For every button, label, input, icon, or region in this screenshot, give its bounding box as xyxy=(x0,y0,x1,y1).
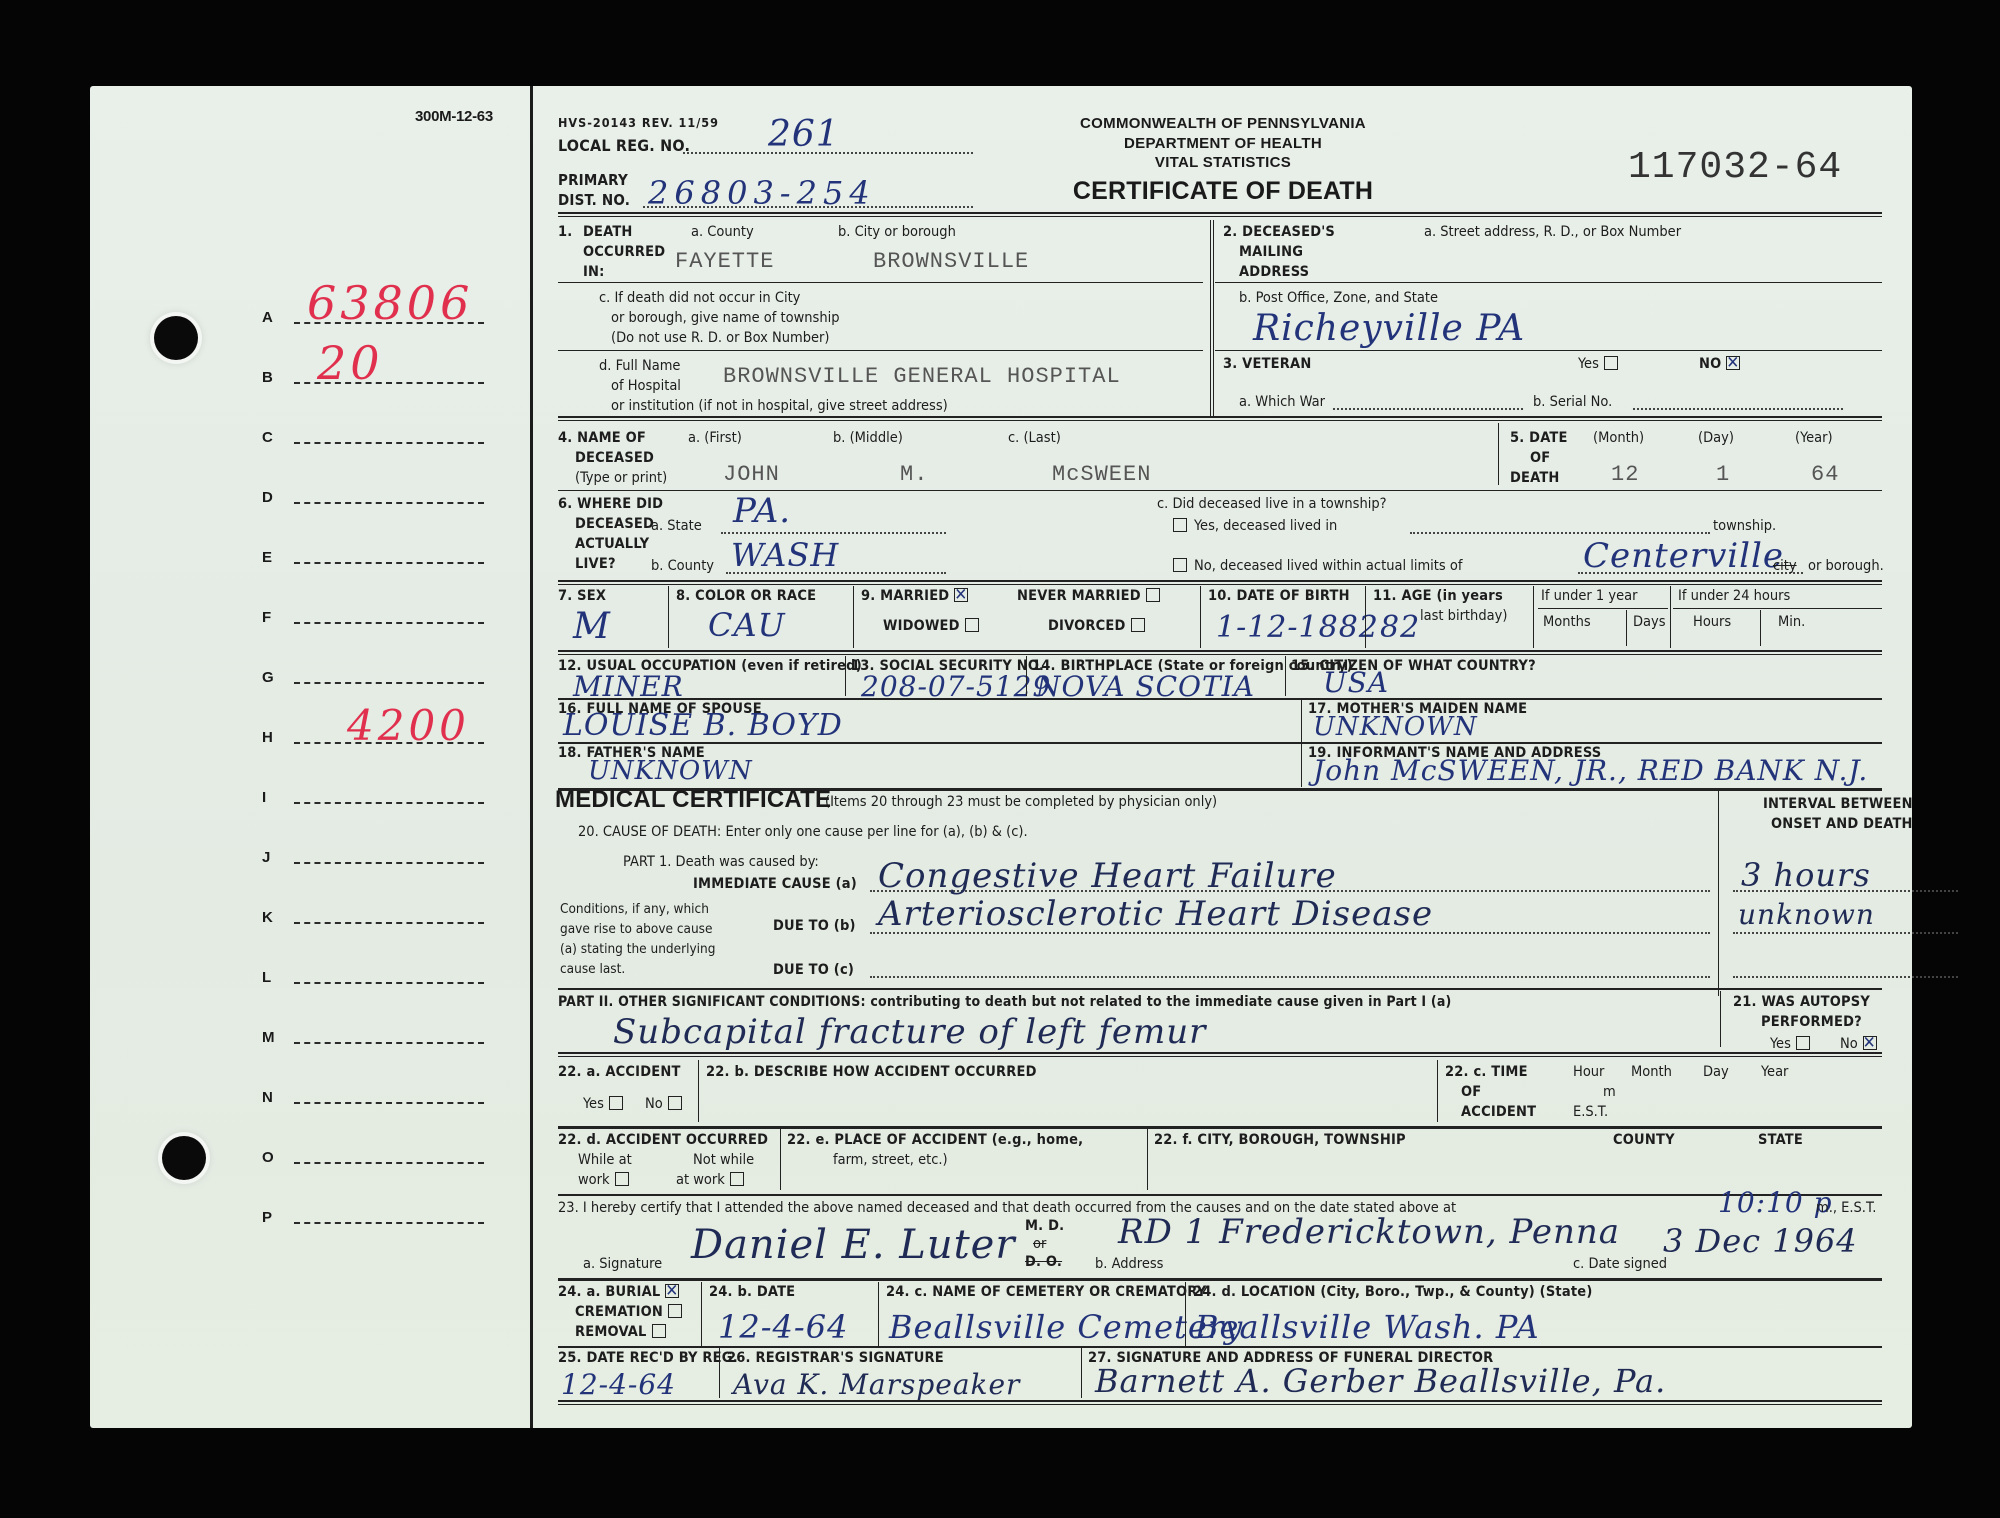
widowed-checkbox[interactable] xyxy=(965,618,979,632)
stub-letter: H xyxy=(262,729,273,746)
city-struck: city xyxy=(1773,556,1797,577)
death-year-value: 64 xyxy=(1811,462,1839,487)
divider xyxy=(1673,608,1882,609)
certificate-body: HVS-20143 REV. 11/59 LOCAL REG. NO. 261 … xyxy=(533,86,1912,1428)
divider xyxy=(558,650,1882,655)
autopsy-yes-label: Yes xyxy=(1770,1036,1791,1052)
mother-maiden-value: UNKNOWN xyxy=(1313,712,1478,742)
date-of-death-label: OF xyxy=(1530,448,1550,469)
stub-letter: N xyxy=(262,1089,273,1106)
form-number: HVS-20143 REV. 11/59 xyxy=(558,114,719,132)
residence-state-label: a. State xyxy=(651,516,702,537)
residence-label: DECEASED xyxy=(575,514,654,535)
divorced-label: DIVORCED xyxy=(1048,618,1126,634)
date-signed-label: c. Date signed xyxy=(1573,1254,1667,1275)
due-to-c-interval-line xyxy=(1733,976,1958,978)
stub-letter: B xyxy=(262,369,273,386)
death-day-value: 1 xyxy=(1716,462,1730,487)
death-certificate: 300M-12-63 A63806 B20 C D E F G H4200 I … xyxy=(90,86,1912,1428)
veteran-no-label: NO xyxy=(1699,356,1721,372)
conditions-label: Conditions, if any, which xyxy=(560,900,709,919)
date-of-death-label: 5. DATE xyxy=(1510,428,1568,449)
never-married-option[interactable]: NEVER MARRIED xyxy=(1017,586,1160,607)
stub-dotted-line xyxy=(294,1162,484,1164)
divider xyxy=(558,1194,1882,1196)
divider xyxy=(1437,1060,1438,1122)
coding-stub: 300M-12-63 A63806 B20 C D E F G H4200 I … xyxy=(90,86,533,1428)
physician-signature: Daniel E. Luter xyxy=(691,1222,1015,1268)
stub-row-g: G xyxy=(262,656,532,686)
stub-letter: E xyxy=(262,549,272,566)
veteran-yes-checkbox[interactable] xyxy=(1604,356,1618,370)
accident-time-label: 22. c. TIME xyxy=(1445,1062,1528,1083)
stub-letter: D xyxy=(262,489,273,506)
divider xyxy=(1718,791,1719,996)
township-no-checkbox[interactable] xyxy=(1173,558,1187,572)
stub-dotted-line xyxy=(294,1042,484,1044)
autopsy-no-label: No xyxy=(1840,1036,1858,1052)
death-day-label: (Day) xyxy=(1698,428,1734,449)
divider xyxy=(780,1128,781,1190)
divider xyxy=(558,988,1882,990)
hours-label: Hours xyxy=(1693,612,1731,633)
stub-row-l: L xyxy=(262,956,532,986)
hospital-label: or institution (if not in hospital, give… xyxy=(611,396,948,417)
veteran-yes[interactable]: Yes xyxy=(1578,354,1618,375)
divider xyxy=(1498,423,1499,485)
never-married-checkbox[interactable] xyxy=(1146,588,1160,602)
accident-month-label: Month xyxy=(1631,1062,1672,1083)
stub-letter: C xyxy=(262,429,273,446)
residence-county-label: b. County xyxy=(651,556,714,577)
stub-code-value: 20 xyxy=(317,336,384,390)
interval-label: ONSET AND DEATH xyxy=(1771,814,1913,835)
last-name-label: c. (Last) xyxy=(1008,428,1061,449)
divider xyxy=(719,1348,720,1398)
divider xyxy=(845,656,846,696)
date-of-death-label: DEATH xyxy=(1510,468,1560,489)
informant-value: John McSWEEN, JR., RED BANK N.J. xyxy=(1313,754,1868,787)
divider xyxy=(558,580,1882,585)
under-day-label: If under 24 hours xyxy=(1678,586,1790,607)
township-label: c. If death did not occur in City xyxy=(599,288,800,309)
city-label: b. City or borough xyxy=(838,222,956,243)
dist-no-value: 26803-254 xyxy=(648,174,876,212)
divider xyxy=(1215,282,1882,283)
divider xyxy=(1200,586,1201,648)
stub-dotted-line xyxy=(294,862,484,864)
divider xyxy=(1533,586,1534,648)
punch-hole-icon xyxy=(162,1136,206,1180)
accident-year-label: Year xyxy=(1761,1062,1788,1083)
township-line xyxy=(1410,532,1710,534)
widowed-label: WIDOWED xyxy=(883,618,960,634)
divider xyxy=(1215,350,1882,351)
stub-dotted-line xyxy=(294,922,484,924)
part1-label: PART 1. Death was caused by: xyxy=(623,852,819,873)
middle-name-label: b. (Middle) xyxy=(833,428,903,449)
stub-letter: G xyxy=(262,669,274,686)
veteran-label: 3. VETERAN xyxy=(1223,354,1311,375)
accident-label: 22. a. ACCIDENT xyxy=(558,1062,681,1083)
cemetery-value: Beallsville Cemetery xyxy=(889,1308,1243,1346)
stub-row-b: B20 xyxy=(262,356,532,386)
autopsy-label: PERFORMED? xyxy=(1761,1012,1862,1033)
spouse-value: LOUISE B. BOYD xyxy=(563,708,843,743)
accident-occurred-label: 22. d. ACCIDENT OCCURRED xyxy=(558,1130,768,1151)
stub-letter: L xyxy=(262,969,271,986)
birth-date-label: 10. DATE OF BIRTH xyxy=(1208,586,1350,607)
department-heading: DEPARTMENT OF HEALTH xyxy=(1013,134,1433,154)
due-to-c-label: DUE TO (c) xyxy=(773,960,854,981)
township-yes-text: Yes, deceased lived in xyxy=(1194,518,1337,534)
location-label: 24. d. LOCATION (City, Boro., Twp., & Co… xyxy=(1193,1282,1593,1303)
accident-time-label: OF xyxy=(1461,1082,1481,1103)
race-label: 8. COLOR OR RACE xyxy=(676,586,816,607)
accident-est-label: E.S.T. xyxy=(1573,1102,1608,1123)
stub-code-value: 4200 xyxy=(347,701,470,750)
age-sublabel: last birthday) xyxy=(1420,606,1507,627)
widowed-option[interactable]: WIDOWED xyxy=(883,616,979,637)
due-to-b-interval-line xyxy=(1733,932,1958,934)
serial-no-line xyxy=(1633,408,1843,410)
divider xyxy=(1210,220,1214,416)
burial-date-label: 24. b. DATE xyxy=(709,1282,795,1303)
last-name-value: McSWEEN xyxy=(1052,462,1151,487)
local-reg-value: 261 xyxy=(768,114,840,155)
race-value: CAU xyxy=(708,606,786,644)
stub-dotted-line xyxy=(294,982,484,984)
cremation-label: CREMATION xyxy=(575,1304,663,1320)
divider xyxy=(1285,656,1286,696)
stub-letter: O xyxy=(262,1149,274,1166)
immediate-interval-value: 3 hours xyxy=(1741,856,1871,894)
divider xyxy=(1147,1128,1148,1190)
due-to-b-label: DUE TO (b) xyxy=(773,916,856,937)
while-at-work-checkbox[interactable] xyxy=(615,1172,629,1186)
stub-row-a: A63806 xyxy=(262,296,532,326)
township-yes-checkbox[interactable] xyxy=(1173,518,1187,532)
stub-letter: F xyxy=(262,609,271,626)
punch-hole-icon xyxy=(154,316,198,360)
city-limits-value: Centerville xyxy=(1583,536,1784,576)
stub-row-e: E xyxy=(262,536,532,566)
certificate-title: CERTIFICATE OF DEATH xyxy=(1013,177,1433,206)
borough-suffix: or borough. xyxy=(1808,556,1884,577)
accident-yes-option[interactable]: Yes xyxy=(583,1094,623,1115)
deceased-name-label: (Type or print) xyxy=(575,468,667,489)
stub-dotted-line xyxy=(294,802,484,804)
death-city-value: BROWNSVILLE xyxy=(873,249,1029,274)
stub-row-m: M xyxy=(262,1016,532,1046)
while-at-work-label: While at xyxy=(578,1150,632,1171)
accident-county-label: COUNTY xyxy=(1613,1130,1675,1151)
divider xyxy=(558,1052,1882,1057)
death-year-label: (Year) xyxy=(1795,428,1833,449)
place-of-accident-label: 22. e. PLACE OF ACCIDENT (e.g., home, xyxy=(787,1130,1083,1151)
accident-city-label: 22. f. CITY, BOROUGH, TOWNSHIP xyxy=(1154,1130,1406,1151)
residence-label: 6. WHERE DID xyxy=(558,494,663,515)
registrar-signature: Ava K. Marspeaker xyxy=(733,1368,1020,1401)
never-married-label: NEVER MARRIED xyxy=(1017,588,1141,604)
immediate-cause-value: Congestive Heart Failure xyxy=(878,856,1337,896)
mailing-address-label: ADDRESS xyxy=(1239,262,1309,283)
conditions-label: gave rise to above cause xyxy=(560,920,712,940)
stub-letter: K xyxy=(262,909,273,926)
citizenship-value: USA xyxy=(1323,666,1389,699)
item1-label: OCCURRED xyxy=(583,242,665,263)
divider xyxy=(558,1278,1882,1281)
accident-state-label: STATE xyxy=(1758,1130,1803,1151)
burial-option[interactable]: 24. a. BURIAL xyxy=(558,1282,679,1303)
accident-no-option[interactable]: No xyxy=(645,1094,682,1115)
item1-number: 1. xyxy=(558,222,572,243)
cemetery-label: 24. c. NAME OF CEMETERY OR CREMATORY xyxy=(886,1282,1206,1303)
conditions-label: cause last. xyxy=(560,960,625,980)
stub-row-j: J xyxy=(262,836,532,866)
mailing-address-label: MAILING xyxy=(1239,242,1303,263)
hospital-label: of Hospital xyxy=(611,376,681,397)
stub-dotted-line xyxy=(294,502,484,504)
residence-label: ACTUALLY xyxy=(575,534,649,555)
stub-code-value: 63806 xyxy=(307,276,473,330)
stub-row-h: H4200 xyxy=(262,716,532,746)
county-label: a. County xyxy=(691,222,754,243)
hospital-label: d. Full Name xyxy=(599,356,680,377)
age-label: 11. AGE (in years xyxy=(1373,586,1503,607)
header-divider xyxy=(558,212,1882,217)
stub-row-k: K xyxy=(262,896,532,926)
sex-label: 7. SEX xyxy=(558,586,606,607)
married-label: 9. MARRIED xyxy=(861,588,949,604)
township-label: (Do not use R. D. or Box Number) xyxy=(611,328,829,349)
stub-row-c: C xyxy=(262,416,532,446)
local-reg-label: LOCAL REG. NO. xyxy=(558,134,690,157)
divider xyxy=(558,350,1203,351)
divider xyxy=(878,1282,879,1346)
time-of-death-suffix: m., E.S.T. xyxy=(1816,1198,1876,1219)
sex-value: M xyxy=(573,606,611,647)
divider xyxy=(558,282,1203,283)
which-war-label: a. Which War xyxy=(1239,392,1325,413)
divider xyxy=(853,586,854,648)
age-value: 82 xyxy=(1380,610,1420,645)
accident-time-label: ACCIDENT xyxy=(1461,1102,1536,1123)
place-of-accident-label: farm, street, etc.) xyxy=(833,1150,948,1171)
stub-row-n: N xyxy=(262,1076,532,1106)
date-received-label: 25. DATE REC'D BY REG. xyxy=(558,1348,738,1369)
stub-row-o: O xyxy=(262,1136,532,1166)
under-year-label: If under 1 year xyxy=(1541,586,1637,607)
stub-dotted-line xyxy=(294,682,484,684)
stub-row-p: P xyxy=(262,1196,532,1226)
residence-county-value: WASH xyxy=(731,536,839,574)
days-label: Days xyxy=(1633,612,1666,633)
vital-statistics-heading: VITAL STATISTICS xyxy=(1013,153,1433,173)
stub-dotted-line xyxy=(294,442,484,444)
divider xyxy=(1365,586,1366,648)
footer-divider xyxy=(558,1400,1882,1405)
divider xyxy=(1185,1282,1186,1346)
divider xyxy=(558,1126,1882,1129)
divider xyxy=(1720,991,1721,1047)
birth-date-value: 1-12-1882 xyxy=(1216,610,1379,645)
date-received-value: 12-4-64 xyxy=(561,1368,676,1401)
accident-no-label: No xyxy=(645,1096,663,1112)
removal-checkbox[interactable] xyxy=(652,1324,666,1338)
signature-label: a. Signature xyxy=(583,1254,662,1275)
due-to-c-line xyxy=(870,976,1710,978)
divider xyxy=(1081,1348,1082,1398)
address-label: b. Address xyxy=(1095,1254,1163,1275)
accident-yes-checkbox[interactable] xyxy=(609,1096,623,1110)
interval-label: INTERVAL BETWEEN xyxy=(1763,794,1913,815)
divider xyxy=(1626,610,1627,646)
autopsy-no-checkbox[interactable] xyxy=(1863,1036,1877,1050)
primary-label: PRIMARY xyxy=(558,170,628,192)
veteran-no[interactable]: NO xyxy=(1699,354,1740,375)
veteran-yes-label: Yes xyxy=(1578,356,1599,372)
registrar-signature-label: 26. REGISTRAR'S SIGNATURE xyxy=(727,1348,944,1369)
divider xyxy=(668,586,669,648)
certificate-title-block: COMMONWEALTH OF PENNSYLVANIA DEPARTMENT … xyxy=(1013,114,1433,206)
burial-label: 24. a. BURIAL xyxy=(558,1284,660,1300)
do-label: D. O. xyxy=(1025,1252,1062,1273)
months-label: Months xyxy=(1543,612,1591,633)
township-no-option[interactable]: No, deceased lived within actual limits … xyxy=(1173,556,1462,577)
part2-label: PART II. OTHER SIGNIFICANT CONDITIONS: c… xyxy=(558,992,1451,1012)
divorced-checkbox[interactable] xyxy=(1131,618,1145,632)
not-while-at-work-option[interactable]: at work xyxy=(676,1170,744,1191)
cremation-option[interactable]: CREMATION xyxy=(575,1302,682,1323)
cause-of-death-label: 20. CAUSE OF DEATH: Enter only one cause… xyxy=(578,822,1028,843)
deceased-name-label: 4. NAME OF xyxy=(558,428,646,449)
autopsy-label: 21. WAS AUTOPSY xyxy=(1733,992,1870,1013)
stub-form-code: 300M-12-63 xyxy=(415,108,493,125)
post-office-label: b. Post Office, Zone, and State xyxy=(1239,288,1438,309)
autopsy-yes-checkbox[interactable] xyxy=(1796,1036,1810,1050)
cremation-checkbox[interactable] xyxy=(668,1304,682,1318)
residence-label: LIVE? xyxy=(575,554,616,575)
location-value: Beallsville Wash. PA xyxy=(1195,1308,1540,1346)
not-while-at-work-text: at work xyxy=(676,1172,725,1188)
divorced-option[interactable]: DIVORCED xyxy=(1048,616,1145,637)
father-name-value: UNKNOWN xyxy=(588,756,753,786)
accident-description-label: 22. b. DESCRIBE HOW ACCIDENT OCCURRED xyxy=(706,1062,1037,1083)
dist-no-label: DIST. NO. xyxy=(558,190,630,212)
post-office-value: Richeyville PA xyxy=(1253,308,1525,349)
medical-certificate-title: MEDICAL CERTIFICATE xyxy=(555,786,831,814)
date-signed-value: 3 Dec 1964 xyxy=(1663,1222,1858,1260)
medical-certificate-subtitle: (Items 20 through 23 must be completed b… xyxy=(825,792,1217,813)
divider xyxy=(698,1060,699,1122)
immediate-cause-label: IMMEDIATE CAUSE (a) xyxy=(693,874,857,895)
divider xyxy=(558,416,1882,421)
divider xyxy=(1670,586,1671,648)
serial-no-label: b. Serial No. xyxy=(1533,392,1612,413)
burial-checkbox[interactable] xyxy=(665,1284,679,1298)
due-to-b-value: Arteriosclerotic Heart Disease xyxy=(878,894,1433,934)
stub-row-d: D xyxy=(262,476,532,506)
stub-letter: M xyxy=(262,1029,275,1046)
not-while-at-work-checkbox[interactable] xyxy=(730,1172,744,1186)
divider xyxy=(1026,656,1027,696)
death-month-value: 12 xyxy=(1611,462,1639,487)
commonwealth-heading: COMMONWEALTH OF PENNSYLVANIA xyxy=(1013,114,1433,134)
removal-option[interactable]: REMOVAL xyxy=(575,1322,666,1343)
married-option[interactable]: 9. MARRIED xyxy=(861,586,968,607)
divider xyxy=(1538,608,1668,609)
mailing-address-label: 2. DECEASED'S xyxy=(1223,222,1335,243)
death-month-label: (Month) xyxy=(1593,428,1644,449)
township-no-text: No, deceased lived within actual limits … xyxy=(1194,558,1462,574)
street-address-label: a. Street address, R. D., or Box Number xyxy=(1424,222,1681,243)
burial-date-value: 12-4-64 xyxy=(718,1308,848,1346)
township-suffix: township. xyxy=(1713,516,1776,537)
stub-letter: J xyxy=(262,849,270,866)
conditions-label: (a) stating the underlying xyxy=(560,940,715,960)
death-county-value: FAYETTE xyxy=(675,249,774,274)
not-while-at-work-label: Not while xyxy=(693,1150,754,1171)
hospital-value: BROWNSVILLE GENERAL HOSPITAL xyxy=(723,364,1121,389)
divider xyxy=(701,1282,702,1346)
accident-yes-label: Yes xyxy=(583,1096,604,1112)
first-name-value: JOHN xyxy=(723,462,780,487)
township-question: c. Did deceased live in a township? xyxy=(1157,494,1387,515)
stub-letter: A xyxy=(262,309,273,326)
veteran-no-checkbox[interactable] xyxy=(1726,356,1740,370)
which-war-line xyxy=(1333,408,1523,410)
married-checkbox[interactable] xyxy=(954,588,968,602)
deceased-name-label: DECEASED xyxy=(575,448,654,469)
stub-row-i: I xyxy=(262,776,532,806)
funeral-director-signature: Barnett A. Gerber Beallsville, Pa. xyxy=(1095,1362,1666,1400)
township-label: or borough, give name of township xyxy=(611,308,840,329)
part2-value: Subcapital fracture of left femur xyxy=(613,1012,1206,1052)
stub-dotted-line xyxy=(294,1102,484,1104)
while-at-work-option[interactable]: work xyxy=(578,1170,629,1191)
stub-row-f: F xyxy=(262,596,532,626)
divider xyxy=(558,742,1882,744)
due-to-b-interval-value: unknown xyxy=(1738,898,1875,931)
accident-hour-label: Hour xyxy=(1573,1062,1604,1083)
removal-label: REMOVAL xyxy=(575,1324,647,1340)
accident-no-checkbox[interactable] xyxy=(668,1096,682,1110)
stub-letter: P xyxy=(262,1209,272,1226)
township-yes-option[interactable]: Yes, deceased lived in xyxy=(1173,516,1337,537)
residence-state-line xyxy=(721,532,946,534)
stub-dotted-line xyxy=(294,622,484,624)
stub-letter: I xyxy=(262,789,266,806)
stub-dotted-line xyxy=(294,1222,484,1224)
accident-m-label: m xyxy=(1603,1082,1616,1103)
first-name-label: a. (First) xyxy=(688,428,742,449)
stub-dotted-line xyxy=(294,562,484,564)
item1-label: DEATH xyxy=(583,222,633,243)
accident-day-label: Day xyxy=(1703,1062,1729,1083)
residence-state-value: PA. xyxy=(733,491,791,531)
min-label: Min. xyxy=(1778,612,1805,633)
middle-name-value: M. xyxy=(900,462,928,487)
divider xyxy=(1760,610,1761,646)
item1-label: IN: xyxy=(583,262,605,283)
state-file-number: 117032-64 xyxy=(1628,146,1842,189)
while-at-work-text: work xyxy=(578,1172,610,1188)
physician-address: RD 1 Fredericktown, Penna xyxy=(1118,1212,1620,1252)
